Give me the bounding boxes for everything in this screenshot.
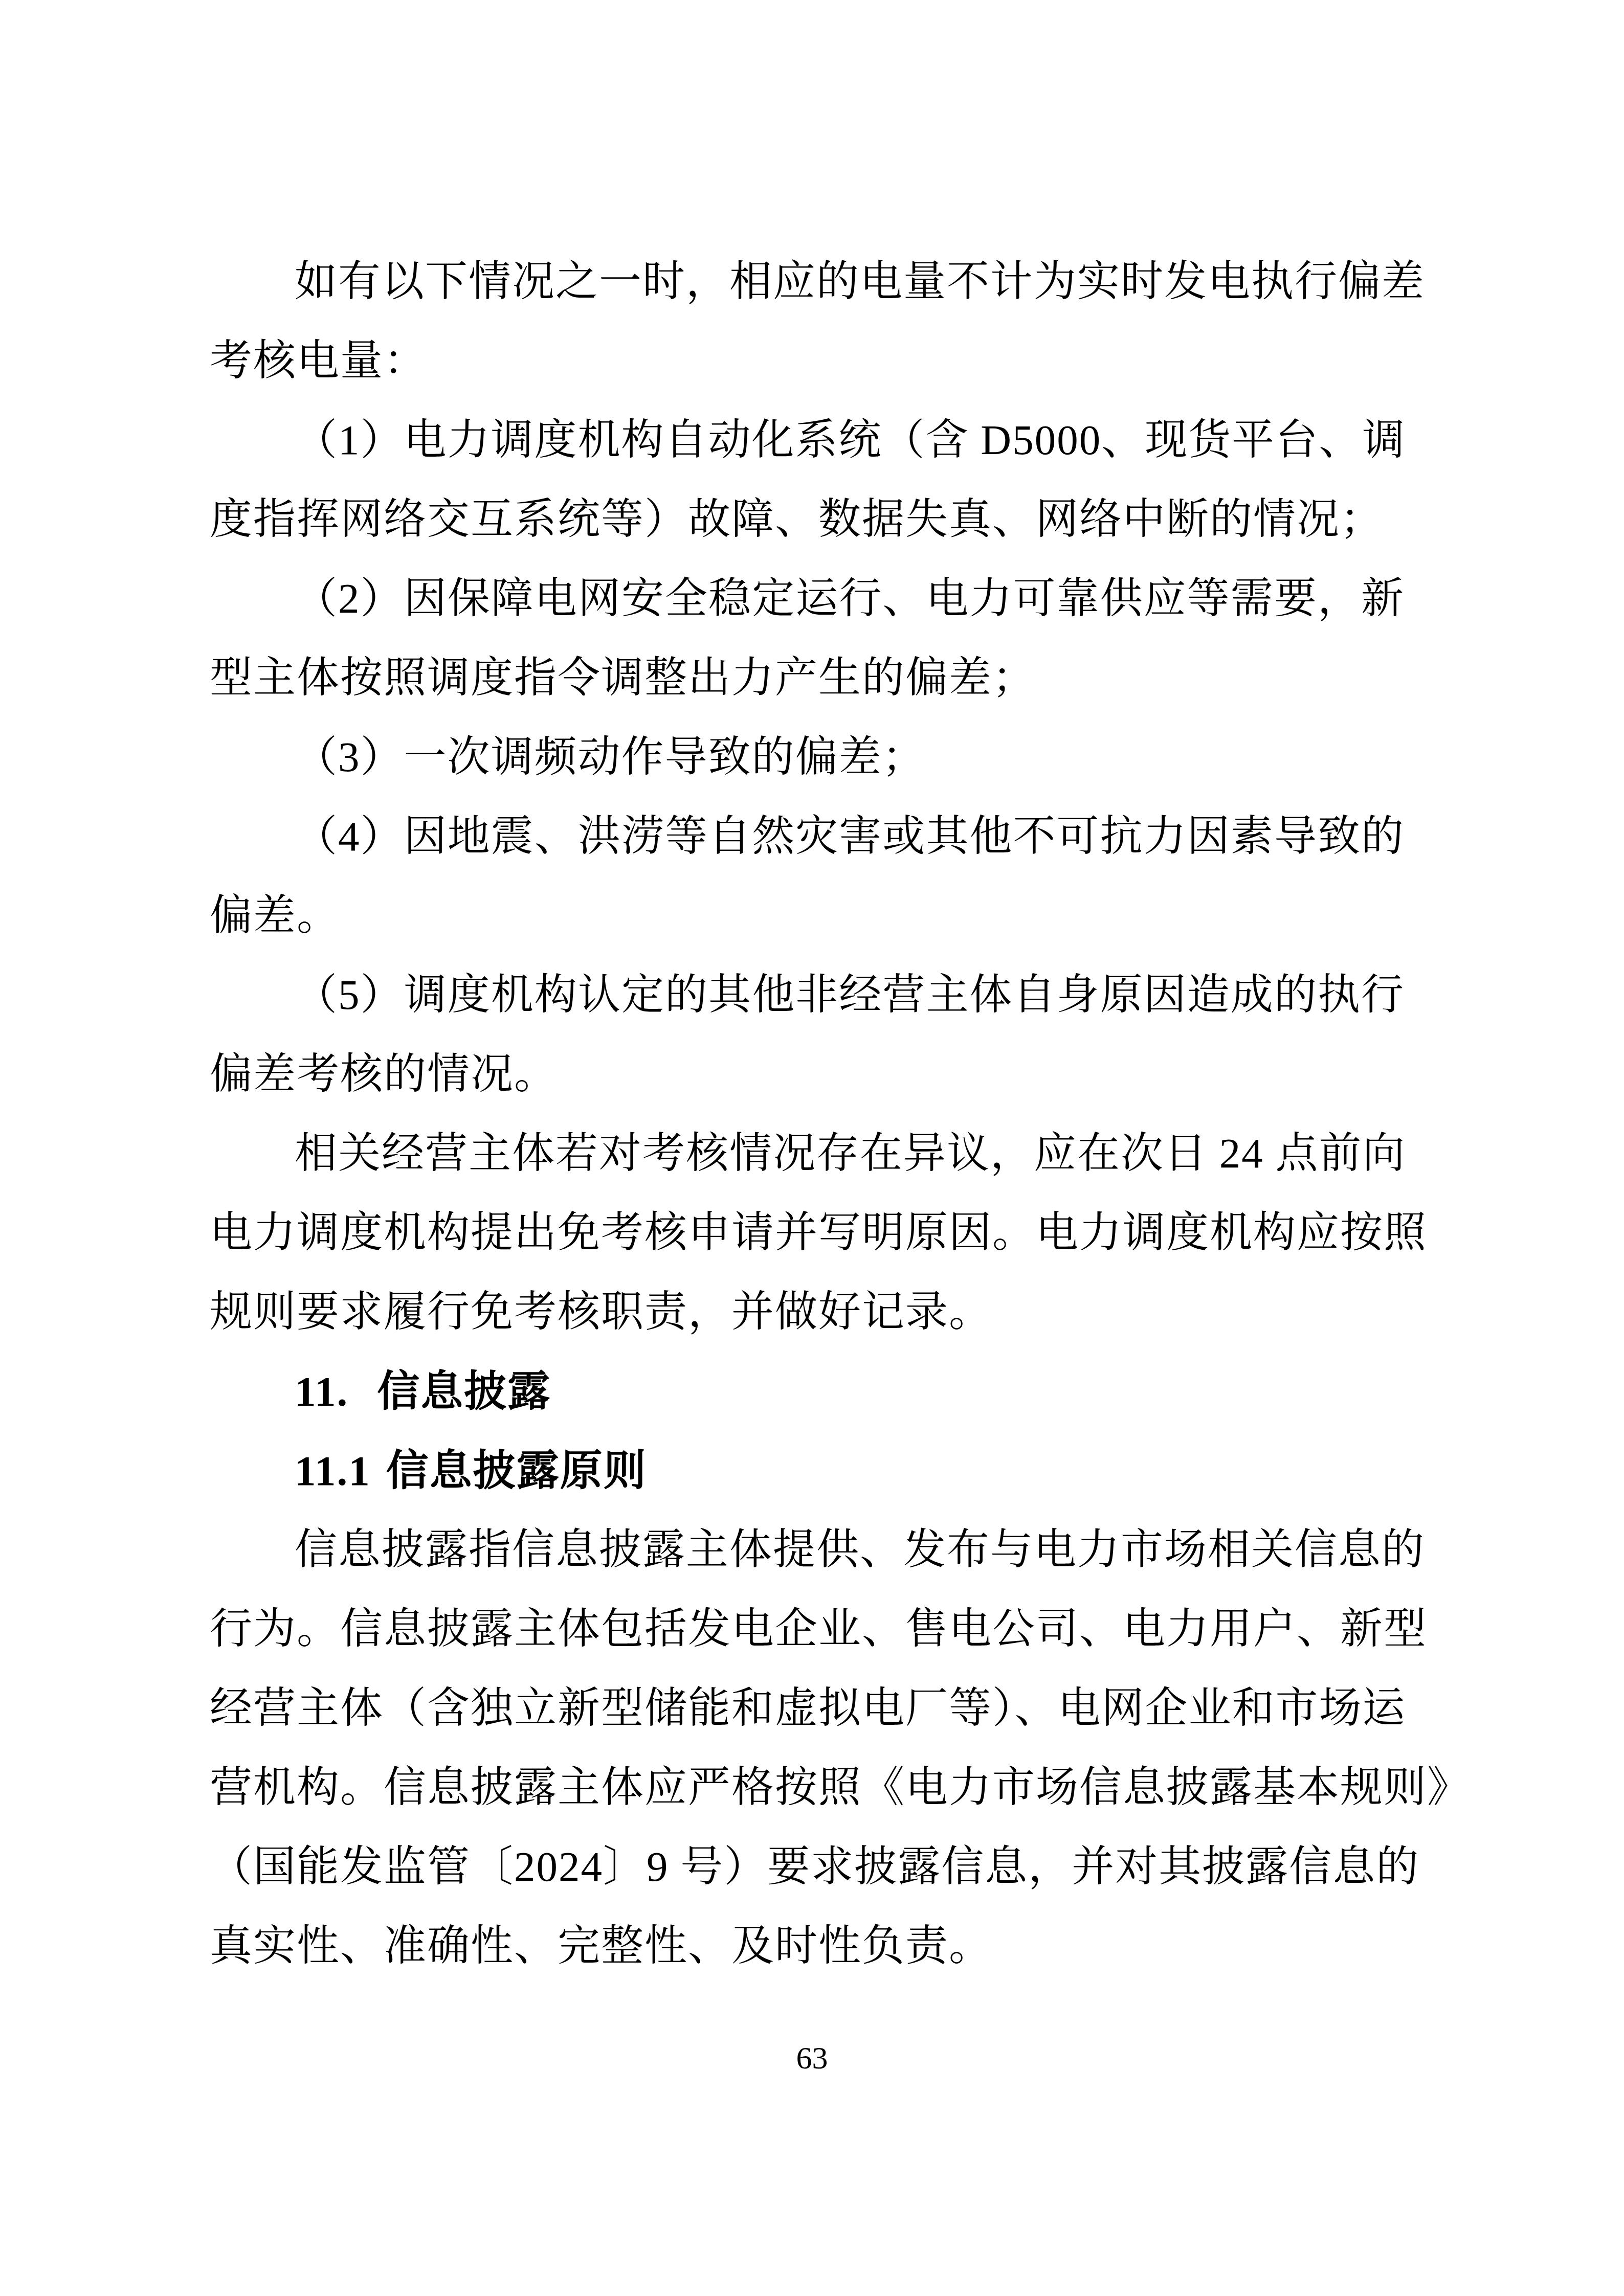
heading-number: 11.1: [295, 1447, 371, 1494]
page-number: 63: [0, 2038, 1624, 2079]
text-line: 营机构。信息披露主体应严格按照《电力市场信息披露基本规则》: [210, 1748, 1405, 1827]
heading-title: 信息披露: [377, 1367, 551, 1415]
text-line: 如有以下情况之一时，相应的电量不计为实时发电执行偏差: [210, 242, 1405, 321]
text-line: （5）调度机构认定的其他非经营主体自身原因造成的执行: [210, 955, 1405, 1034]
section-heading: 11.信息披露: [210, 1352, 1405, 1431]
heading-title: 信息披露原则: [386, 1447, 647, 1494]
text-line: （2）因保障电网安全稳定运行、电力可靠供应等需要，新: [210, 559, 1405, 638]
text-line: 行为。信息披露主体包括发电企业、售电公司、电力用户、新型: [210, 1589, 1405, 1669]
text-line: （3）一次调频动作导致的偏差；: [210, 717, 1405, 797]
text-line: 型主体按照调度指令调整出力产生的偏差；: [210, 638, 1405, 717]
text-line: 偏差。: [210, 876, 1405, 955]
text-line: 电力调度机构提出免考核申请并写明原因。电力调度机构应按照: [210, 1193, 1405, 1272]
text-line: （4）因地震、洪涝等自然灾害或其他不可抗力因素导致的: [210, 797, 1405, 876]
text-line: 相关经营主体若对考核情况存在异议，应在次日 24 点前向: [210, 1114, 1405, 1193]
text-line: （1）电力调度机构自动化系统（含 D5000、现货平台、调: [210, 400, 1405, 480]
document-page: 如有以下情况之一时，相应的电量不计为实时发电执行偏差考核电量：（1）电力调度机构…: [0, 0, 1624, 2296]
text-line: 真实性、准确性、完整性、及时性负责。: [210, 1906, 1405, 1986]
document-body: 如有以下情况之一时，相应的电量不计为实时发电执行偏差考核电量：（1）电力调度机构…: [210, 242, 1405, 1986]
text-line: 偏差考核的情况。: [210, 1034, 1405, 1114]
text-line: （国能发监管〔2024〕9 号）要求披露信息，并对其披露信息的: [210, 1827, 1405, 1906]
text-line: 考核电量：: [210, 321, 1405, 400]
text-line: 信息披露指信息披露主体提供、发布与电力市场相关信息的: [210, 1510, 1405, 1589]
text-line: 度指挥网络交互系统等）故障、数据失真、网络中断的情况；: [210, 480, 1405, 559]
text-line: 经营主体（含独立新型储能和虚拟电厂等）、电网企业和市场运: [210, 1669, 1405, 1748]
text-line: 规则要求履行免考核职责，并做好记录。: [210, 1272, 1405, 1352]
heading-number: 11.: [295, 1368, 348, 1415]
section-heading: 11.1信息披露原则: [210, 1431, 1405, 1510]
